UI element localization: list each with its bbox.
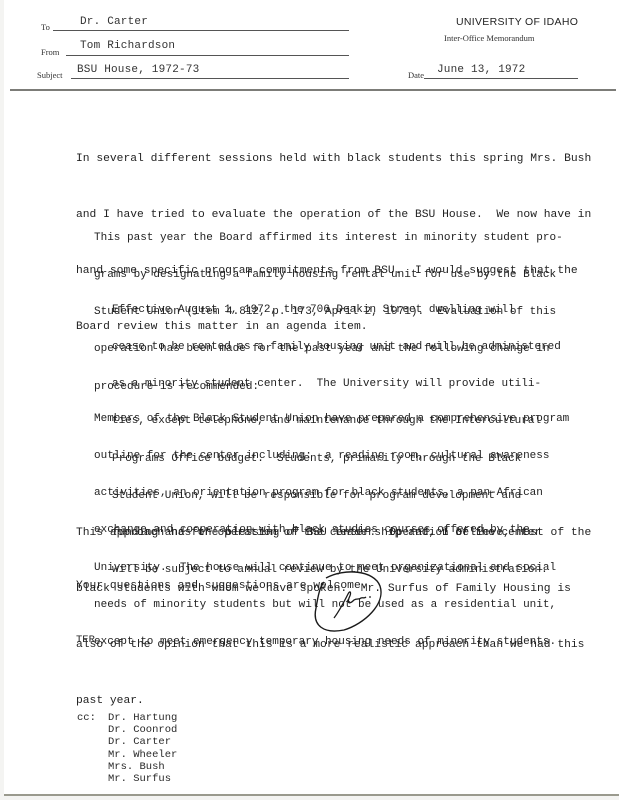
cc-label: cc: <box>77 712 96 724</box>
to-value: Dr. Carter <box>80 16 148 28</box>
institution-name: UNIVERSITY OF IDAHO <box>456 16 578 28</box>
from-value: Tom Richardson <box>80 40 175 52</box>
subject-label: Subject <box>37 70 63 80</box>
author-initials: TER <box>76 634 95 646</box>
memo-type: Inter-Office Memorandum <box>444 33 535 43</box>
date-value: June 13, 1972 <box>437 64 525 76</box>
to-underline <box>53 30 349 31</box>
cc-recipient: Mr. Wheeler <box>108 749 177 761</box>
cc-recipient: Dr. Hartung <box>108 712 177 724</box>
cc-recipient: Dr. Coonrod <box>108 724 177 736</box>
date-underline <box>424 78 578 79</box>
date-label: Date <box>408 70 424 80</box>
cc-recipients: Dr. Hartung Dr. Coonrod Dr. Carter Mr. W… <box>108 712 177 785</box>
to-label: To <box>41 22 50 32</box>
subject-underline <box>71 78 349 79</box>
cc-recipient: Dr. Carter <box>108 736 177 748</box>
memo-page: To Dr. Carter From Tom Richardson Subjec… <box>4 0 619 796</box>
signature-mark <box>304 568 394 634</box>
from-label: From <box>41 47 59 57</box>
subject-value: BSU House, 1972-73 <box>77 64 199 76</box>
from-underline <box>66 55 349 56</box>
cc-recipient: Mr. Surfus <box>108 773 177 785</box>
cc-recipient: Mrs. Bush <box>108 761 177 773</box>
header-divider <box>10 89 616 91</box>
